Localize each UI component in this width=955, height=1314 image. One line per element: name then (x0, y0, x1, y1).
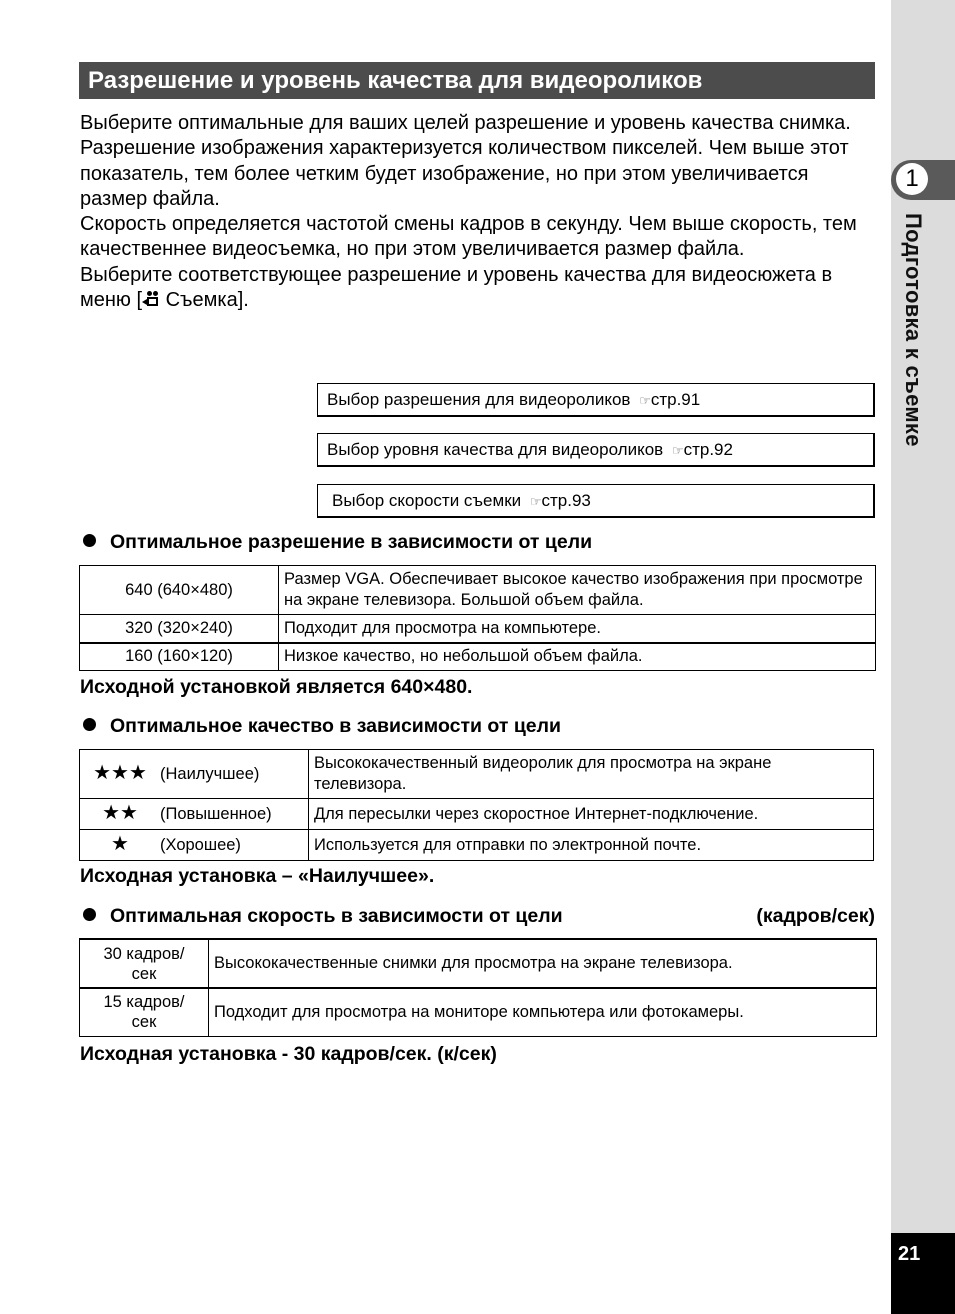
intro-paragraph: Скорость определяется частотой смены кад… (80, 212, 880, 263)
reference-text: Выбор уровня качества для видеороликов (327, 440, 663, 459)
intro-paragraph: Разрешение изображения характеризуется к… (80, 136, 880, 212)
framerate-description: Подходит для просмотра на мониторе компь… (209, 988, 877, 1036)
quality-label: (Повышенное) (160, 804, 272, 825)
heading-text: Оптимальное качество в зависимости от це… (110, 715, 561, 737)
table-row: 160 (160×120) Низкое качество, но неболь… (80, 643, 876, 671)
resolution-table: 640 (640×480) Размер VGA. Обеспечивает в… (79, 565, 876, 671)
table-row: 640 (640×480) Размер VGA. Обеспечивает в… (80, 566, 876, 615)
chapter-title: Подготовка к съемке (893, 213, 933, 493)
reference-page[interactable]: стр.91 (651, 390, 700, 409)
pointing-hand-icon: ☞ (530, 494, 542, 509)
table-row: ★★(Повышенное) Для пересылки через скоро… (80, 799, 874, 830)
reference-link-resolution[interactable]: Выбор разрешения для видеороликов ☞стр.9… (317, 383, 875, 417)
reference-text: Выбор разрешения для видеороликов (327, 390, 630, 409)
quality-label: (Наилучшее) (160, 764, 259, 785)
bullet-icon (83, 908, 96, 921)
pointing-hand-icon: ☞ (672, 443, 684, 458)
framerate-setting: 30 кадров/сек (80, 939, 209, 988)
resolution-description: Размер VGA. Обеспечивает высокое качеств… (279, 566, 876, 615)
intro-paragraph: Выберите соответствующее разрешение и ур… (80, 263, 880, 314)
framerate-description: Высококачественные снимки для просмотра … (209, 939, 877, 988)
table-row: ★★★(Наилучшее) Высококачественный видеор… (80, 750, 874, 799)
star-rating-icon: ★★ (80, 803, 160, 824)
framerate-value: 15 кадров/ (103, 993, 184, 1011)
heading-text: Оптимальная скорость в зависимости от це… (110, 905, 563, 927)
star-rating-icon: ★★★ (80, 763, 160, 784)
resolution-description: Подходит для просмотра на компьютере. (279, 615, 876, 643)
resolution-setting: 640 (640×480) (80, 566, 279, 615)
framerate-unit-text: сек (132, 965, 157, 983)
reference-link-quality[interactable]: Выбор уровня качества для видеороликов ☞… (317, 433, 875, 467)
reference-page[interactable]: стр.92 (684, 440, 733, 459)
quality-setting: ★★(Повышенное) (80, 799, 309, 830)
framerate-value: 30 кадров/ (103, 945, 184, 963)
framerate-table: 30 кадров/сек Высококачественные снимки … (79, 938, 877, 1037)
reference-page[interactable]: стр.93 (542, 491, 591, 510)
quality-setting: ★(Хорошее) (80, 830, 309, 861)
pointing-hand-icon: ☞ (639, 393, 651, 408)
page-title: Разрешение и уровень качества для видеор… (79, 62, 875, 99)
intro-text: Выберите оптимальные для ваших целей раз… (80, 111, 880, 313)
quality-default-note: Исходная установка – «Наилучшее». (80, 864, 434, 888)
quality-setting: ★★★(Наилучшее) (80, 750, 309, 799)
quality-description: Используется для отправки по электронной… (309, 830, 874, 861)
page-number: 21 (898, 1243, 920, 1266)
resolution-default-note: Исходной установкой является 640×480. (80, 675, 472, 699)
quality-description: Высококачественный видеоролик для просмо… (309, 750, 874, 799)
reference-text: Выбор скорости съемки (332, 491, 521, 510)
resolution-heading: Оптимальное разрешение в зависимости от … (83, 530, 875, 554)
bullet-icon (83, 534, 96, 547)
reference-link-framerate[interactable]: Выбор скорости съемки ☞стр.93 (317, 484, 875, 518)
quality-description: Для пересылки через скоростное Интернет-… (309, 799, 874, 830)
framerate-heading: Оптимальная скорость в зависимости от це… (83, 904, 875, 928)
framerate-default-note: Исходная установка - 30 кадров/сек. (к/с… (80, 1042, 497, 1066)
intro-paragraph: Выберите оптимальные для ваших целей раз… (80, 111, 880, 136)
table-row: ★(Хорошее) Используется для отправки по … (80, 830, 874, 861)
framerate-setting: 15 кадров/сек (80, 988, 209, 1036)
table-row: 320 (320×240) Подходит для просмотра на … (80, 615, 876, 643)
heading-text: Оптимальное разрешение в зависимости от … (110, 531, 592, 553)
framerate-unit-text: сек (132, 1013, 157, 1031)
star-rating-icon: ★ (80, 834, 160, 855)
resolution-setting: 320 (320×240) (80, 615, 279, 643)
bullet-icon (83, 718, 96, 731)
intro-text-segment: Съемка]. (160, 289, 249, 311)
quality-heading: Оптимальное качество в зависимости от це… (83, 714, 875, 738)
quality-label: (Хорошее) (160, 835, 241, 856)
chapter-number: 1 (896, 163, 928, 195)
quality-table: ★★★(Наилучшее) Высококачественный видеор… (79, 749, 874, 861)
resolution-description: Низкое качество, но небольшой объем файл… (279, 643, 876, 671)
table-row: 30 кадров/сек Высококачественные снимки … (80, 939, 877, 988)
movie-camera-icon (142, 291, 160, 307)
resolution-setting: 160 (160×120) (80, 643, 279, 671)
table-row: 15 кадров/сек Подходит для просмотра на … (80, 988, 877, 1036)
framerate-unit: (кадров/сек) (756, 904, 875, 928)
